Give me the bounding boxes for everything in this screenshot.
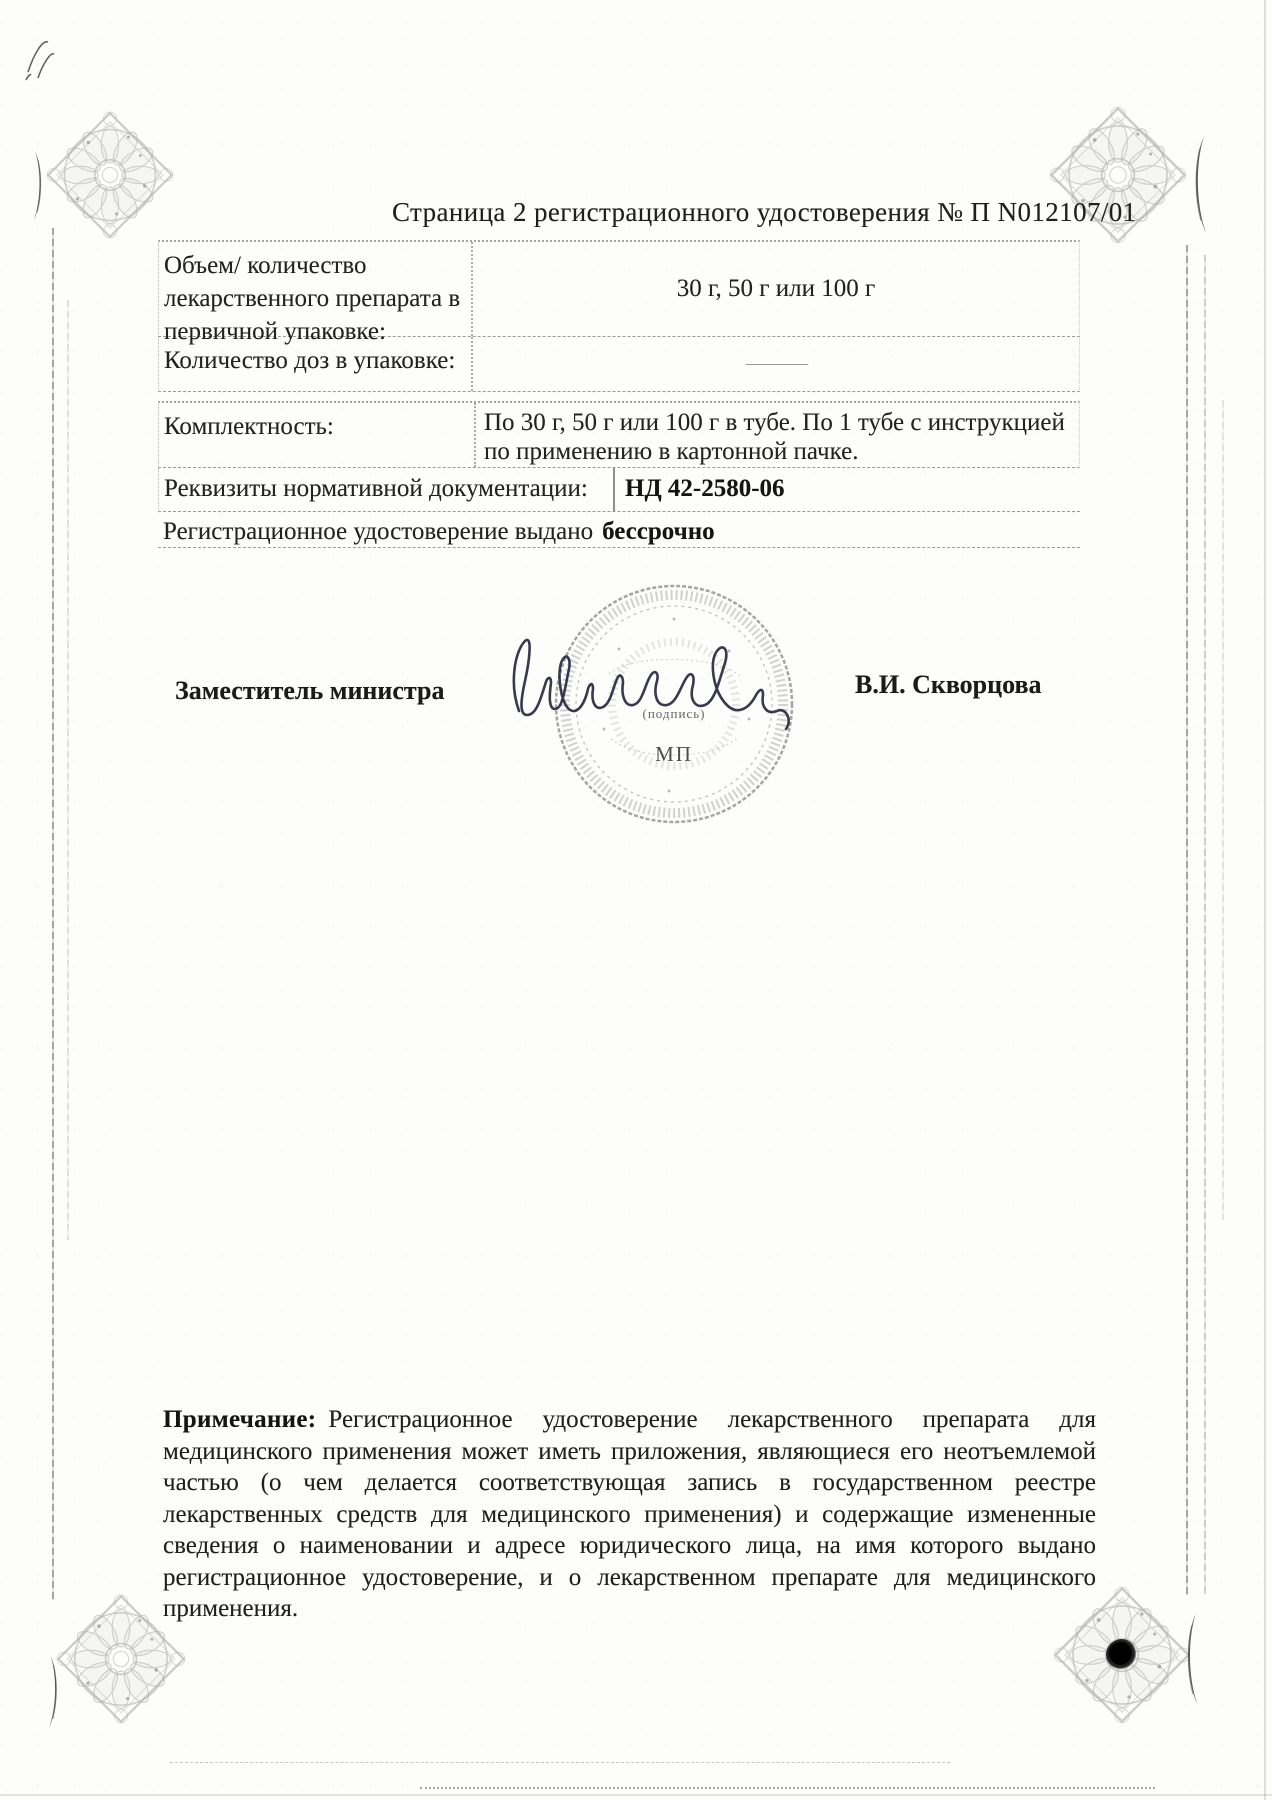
page-border-right-outer [1222,400,1224,1220]
page-border-bottom-inner [170,1762,950,1763]
volume-value: 30 г, 50 г или 100 г [473,242,1079,336]
note-label: Примечание: [163,1406,316,1433]
volume-label: Объем/ количество лекарственного препара… [159,242,473,336]
table-row-completeness: Комплектность: По 30 г, 50 г или 100 г в… [158,401,1080,468]
table-row-volume: Объем/ количество лекарственного препара… [158,240,1080,337]
page-border-bottom [420,1787,1155,1789]
validity-value: бессрочно [602,517,715,547]
normative-docs-value: НД 42-2580-06 [613,468,1080,511]
table-row-validity: Регистрационное удостоверение выданобесс… [158,512,1080,548]
page-border-left-inner [67,300,69,1240]
corner-accent-icon [30,150,46,222]
ink-blot [1106,1639,1138,1671]
signatory-name: В.И. Скворцова [855,670,1042,700]
doses-label: Количество доз в упаковке: [159,337,473,391]
pen-scribble [18,28,70,86]
completeness-label: Комплектность: [159,403,476,467]
note-paragraph: Примечание:Регистрационное удостоверение… [163,1404,1096,1625]
scan-edge-bottom [0,1794,1272,1796]
scan-edge-right [1264,0,1266,1800]
page-title: Страница 2 регистрационного удостоверени… [392,197,1137,228]
table-row-doses: Количество доз в упаковке: ——— [158,337,1080,392]
validity-label: Регистрационное удостоверение выдано [163,517,593,547]
signatory-title: Заместитель министра [175,676,444,706]
doses-value: ——— [746,358,806,371]
page-border-left [52,228,54,1600]
page-border-right-inner [1204,255,1206,1595]
stamp-initials: МП [609,742,739,767]
corner-accent-icon [46,1652,61,1732]
normative-docs-label: Реквизиты нормативной документации: [159,468,613,511]
document-page: Страница 2 регистрационного удостоверени… [0,0,1272,1800]
corner-accent-icon [1190,132,1210,237]
registration-table: Объем/ количество лекарственного препара… [158,240,1080,548]
table-row-gap [158,392,1080,401]
note-text: Регистрационное удостоверение лекарствен… [163,1406,1096,1622]
corner-accent-icon [1182,1612,1202,1707]
completeness-value: По 30 г, 50 г или 100 г в тубе. По 1 туб… [476,403,1079,467]
table-row-normative-docs: Реквизиты нормативной документации: НД 4… [158,468,1080,512]
rosette-ornament-top-left-icon [45,110,175,240]
page-border-right [1186,245,1188,1595]
handwritten-signature [505,623,815,738]
